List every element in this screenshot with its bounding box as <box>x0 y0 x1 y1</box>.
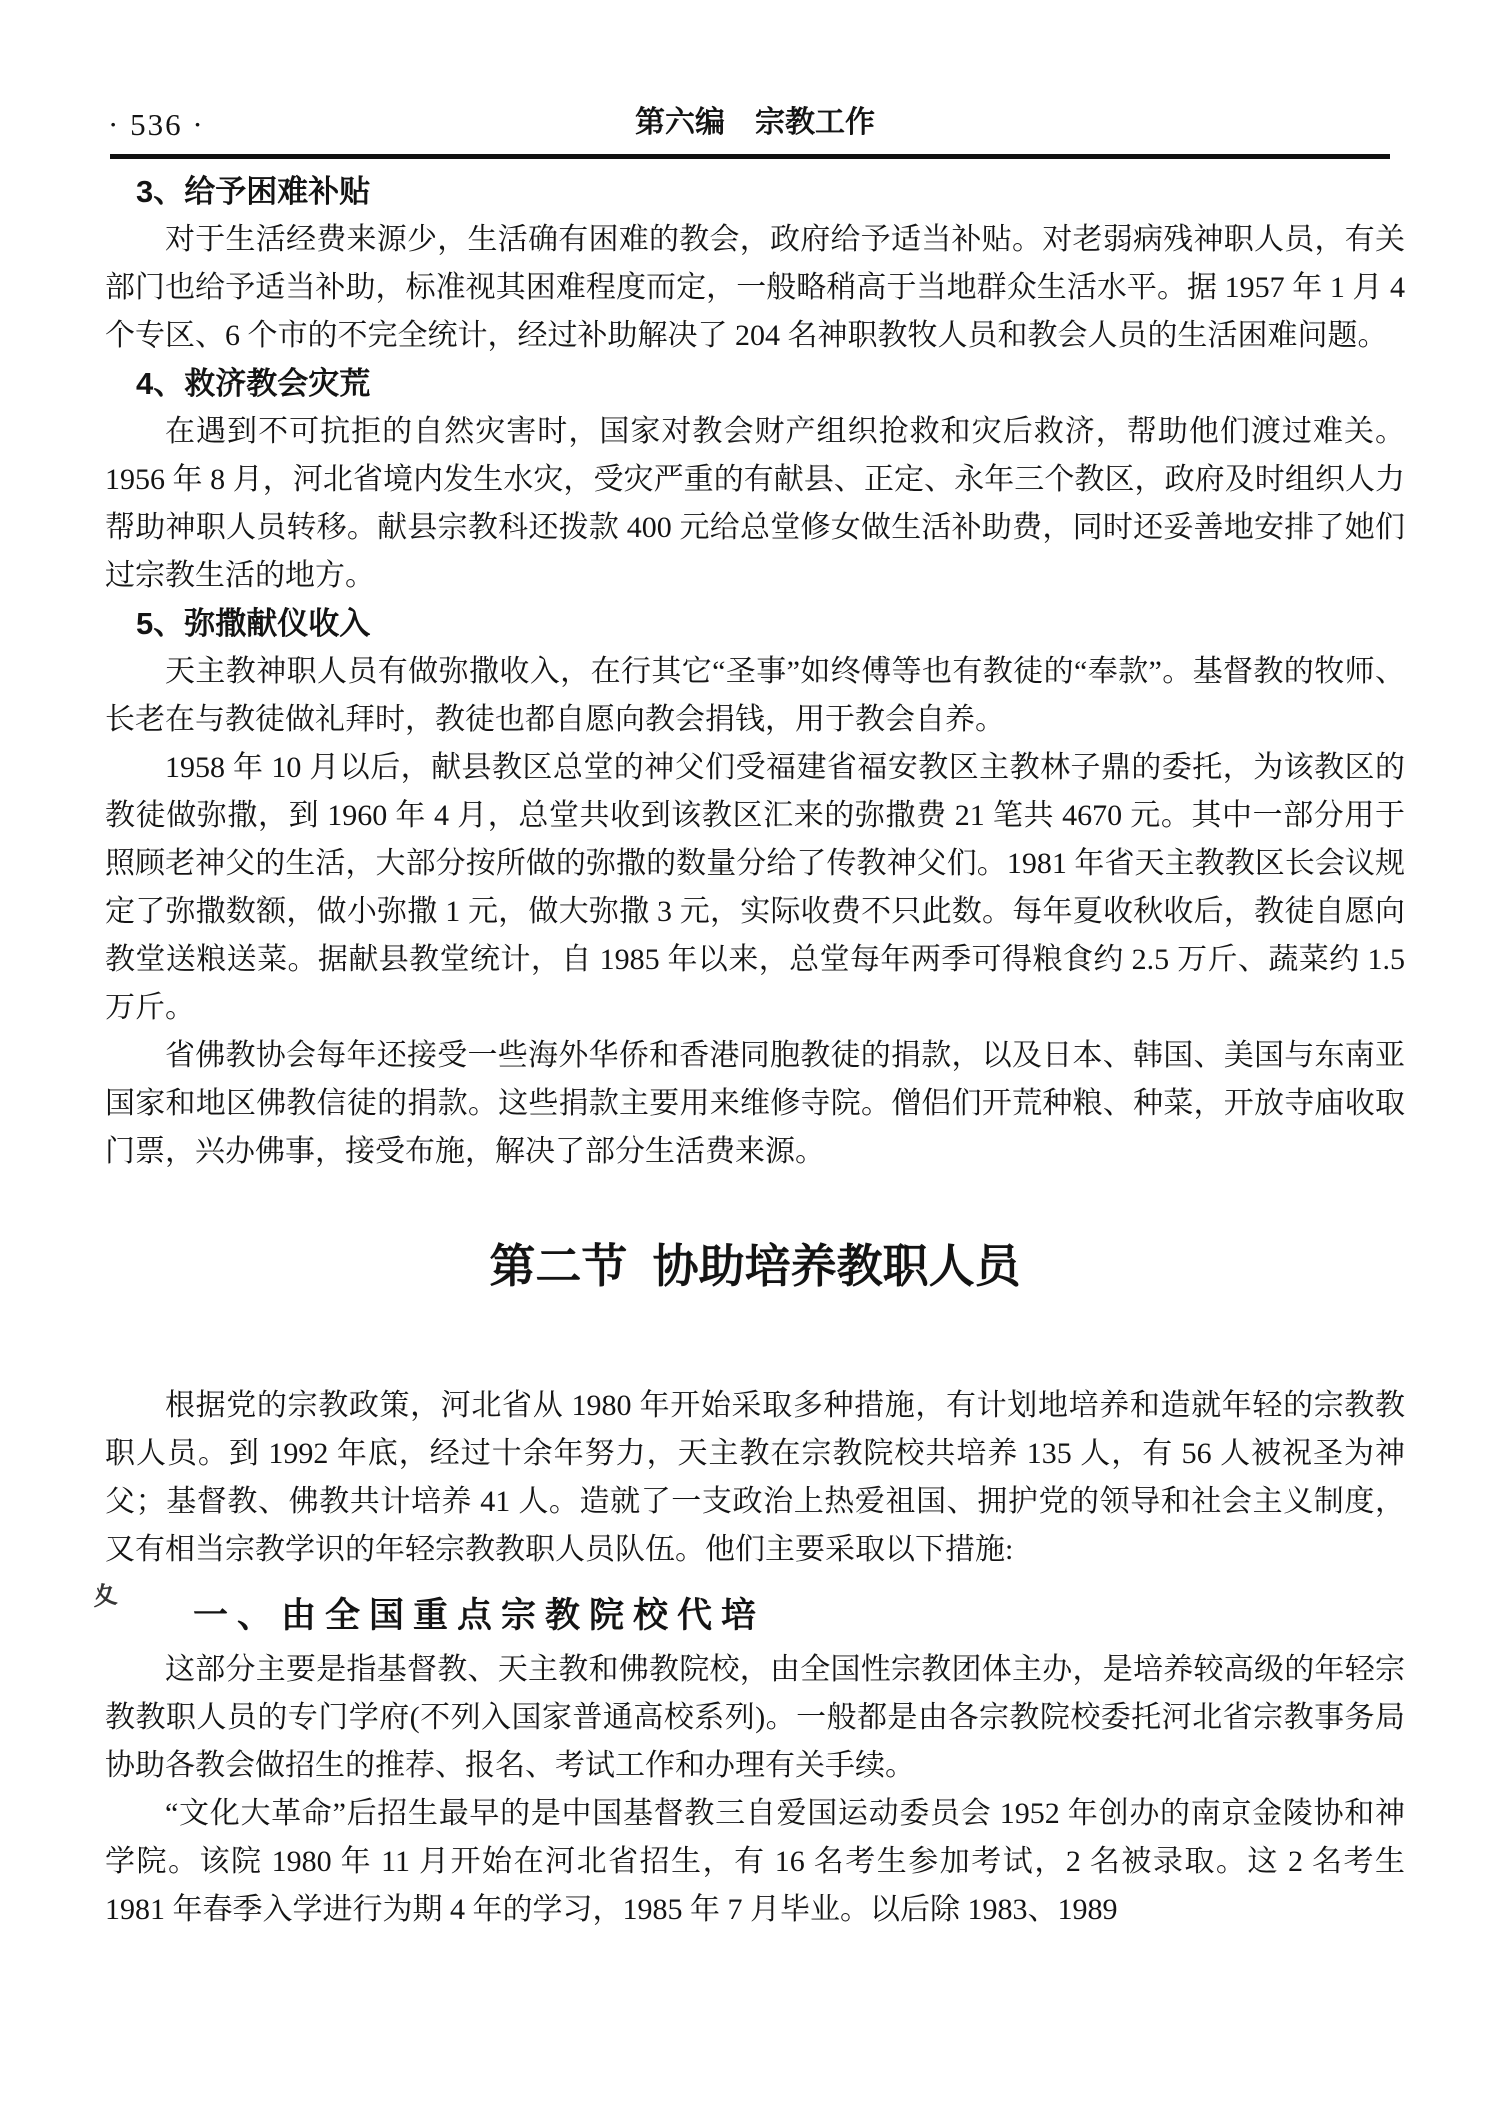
page-body: 3、给予困难补贴 对于生活经费来源少，生活确有困难的教会，政府给予适当补贴。对老… <box>105 168 1405 1934</box>
scan-artifact-mark: 夊 <box>90 1575 119 1613</box>
paragraph-section-2-intro: 根据党的宗教政策，河北省从 1980 年开始采取多种措施，有计划地培养和造就年轻… <box>105 1382 1405 1574</box>
heading-item-3: 3、给予困难补贴 <box>105 168 1405 216</box>
subsection-1-heading: 一、由全国重点宗教院校代培 <box>105 1590 1405 1642</box>
paragraph-item-5-3: 省佛教协会每年还接受一些海外华侨和香港同胞教徒的捐款，以及日本、韩国、美国与东南… <box>105 1032 1405 1176</box>
paragraph-subsection-1-2: “文化大革命”后招生最早的是中国基督教三自爱国运动委员会 1952 年创办的南京… <box>105 1790 1405 1934</box>
scanned-book-page: · 536 · 第六编 宗教工作 3、给予困难补贴 对于生活经费来源少，生活确有… <box>0 0 1500 2115</box>
header-rule <box>110 154 1390 159</box>
paragraph-item-5-2: 1958 年 10 月以后，献县教区总堂的神父们受福建省福安教区主教林子鼎的委托… <box>105 744 1405 1032</box>
section-2-label: 第二节 <box>489 1240 627 1292</box>
paragraph-subsection-1-1: 这部分主要是指基督教、天主教和佛教院校，由全国性宗教团体主办，是培养较高级的年轻… <box>105 1646 1405 1790</box>
paragraph-item-4: 在遇到不可抗拒的自然灾害时，国家对教会财产组织抢救和灾后救济，帮助他们渡过难关。… <box>105 408 1405 600</box>
running-header-title: 第六编 宗教工作 <box>105 106 1405 140</box>
paragraph-item-3: 对于生活经费来源少，生活确有困难的教会，政府给予适当补贴。对老弱病残神职人员，有… <box>105 216 1405 360</box>
paragraph-item-5-1: 天主教神职人员有做弥撒收入，在行其它“圣事”如终傅等也有教徒的“奉款”。基督教的… <box>105 648 1405 744</box>
heading-item-4: 4、救济教会灾荒 <box>105 360 1405 408</box>
heading-item-5: 5、弥撒献仪收入 <box>105 600 1405 648</box>
section-2-title: 协助培养教职人员 <box>653 1240 1021 1292</box>
section-2-heading: 第二节协助培养教职人员 <box>105 1232 1405 1300</box>
